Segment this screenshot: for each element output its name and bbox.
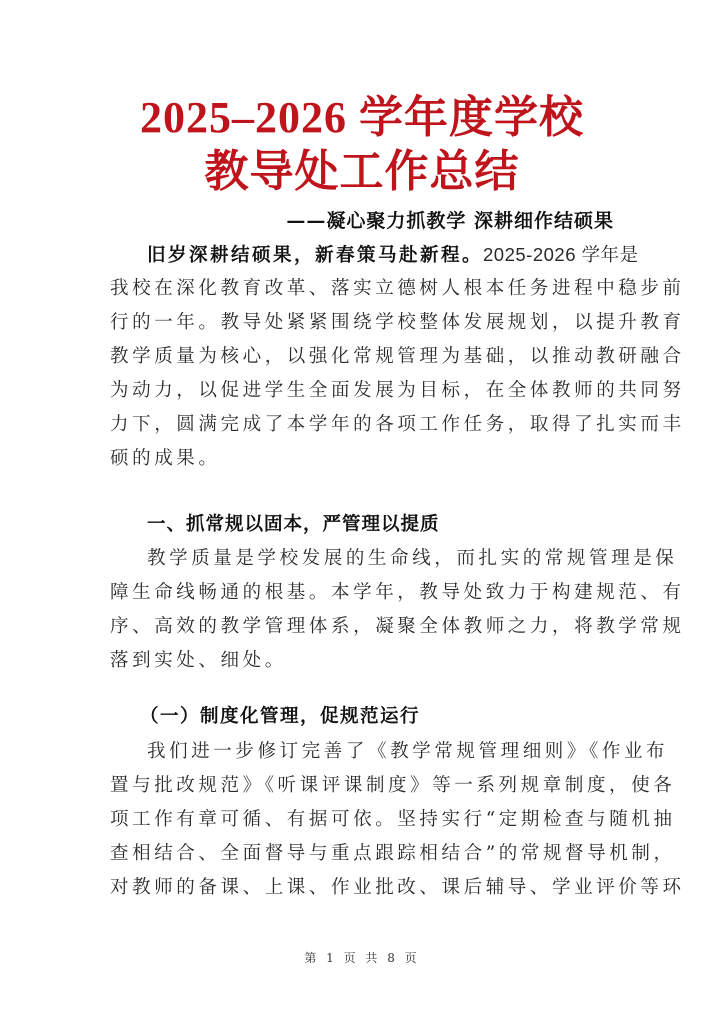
subsection-1-line-2: 置与批改规范》《听课评课制度》等一系列规章制度，使各 — [110, 769, 614, 803]
section-1-heading: 一、抓常规以固本，严管理以提质 — [110, 508, 651, 542]
intro-lead: 旧岁深耕结硕果，新春策马赴新程。 — [147, 245, 483, 266]
subsection-1-line-1: 我们进一步修订完善了《教学常规管理细则》《作业布 — [110, 735, 651, 769]
title-line-1: 2025–2026 学年度学校 — [0, 92, 724, 144]
subsection-1-heading: （一）制度化管理，促规范运行 — [110, 700, 644, 734]
intro-line-4: 为动力，以促进学生全面发展为目标，在全体教师的共同努 — [110, 374, 614, 408]
subtitle: ——凝心聚力抓教学 深耕细作结硕果 — [286, 206, 614, 233]
title-line-2: 教导处工作总结 — [0, 146, 724, 198]
document-page: 2025–2026 学年度学校 教导处工作总结 ——凝心聚力抓教学 深耕细作结硕… — [0, 0, 724, 1024]
intro-line-3: 教学质量为核心，以强化常规管理为基础，以推动教研融合 — [110, 340, 614, 374]
intro-line-0: 旧岁深耕结硕果，新春策马赴新程。2025-2026 学年是 — [110, 238, 614, 273]
intro-line-2: 行的一年。教导处紧紧围绕学校整体发展规划，以提升教育 — [110, 306, 614, 340]
intro-line-6: 硕的成果。 — [110, 442, 614, 476]
intro-line-0-rest: 2025-2026 学年是 — [483, 244, 639, 265]
section-1-line-2: 障生命线畅通的根基。本学年，教导处致力于构建规范、有 — [110, 576, 614, 610]
subsection-1-line-3: 项工作有章可循、有据可依。坚持实行“定期检查与随机抽 — [110, 803, 614, 837]
intro-line-1: 我校在深化教育改革、落实立德树人根本任务进程中稳步前 — [110, 272, 614, 306]
intro-line-5: 力下，圆满完成了本学年的各项工作任务，取得了扎实而丰 — [110, 408, 614, 442]
page-number: 第 1 页 共 8 页 — [0, 949, 724, 966]
section-1-line-3: 序、高效的教学管理体系，凝聚全体教师之力，将教学常规 — [110, 610, 614, 644]
section-1-line-1: 教学质量是学校发展的生命线，而扎实的常规管理是保 — [110, 542, 651, 576]
section-1-line-4: 落到实处、细处。 — [110, 644, 614, 678]
subsection-1-line-4: 查相结合、全面督导与重点跟踪相结合”的常规督导机制， — [110, 837, 614, 871]
subsection-1-line-5: 对教师的备课、上课、作业批改、课后辅导、学业评价等环 — [110, 871, 614, 905]
